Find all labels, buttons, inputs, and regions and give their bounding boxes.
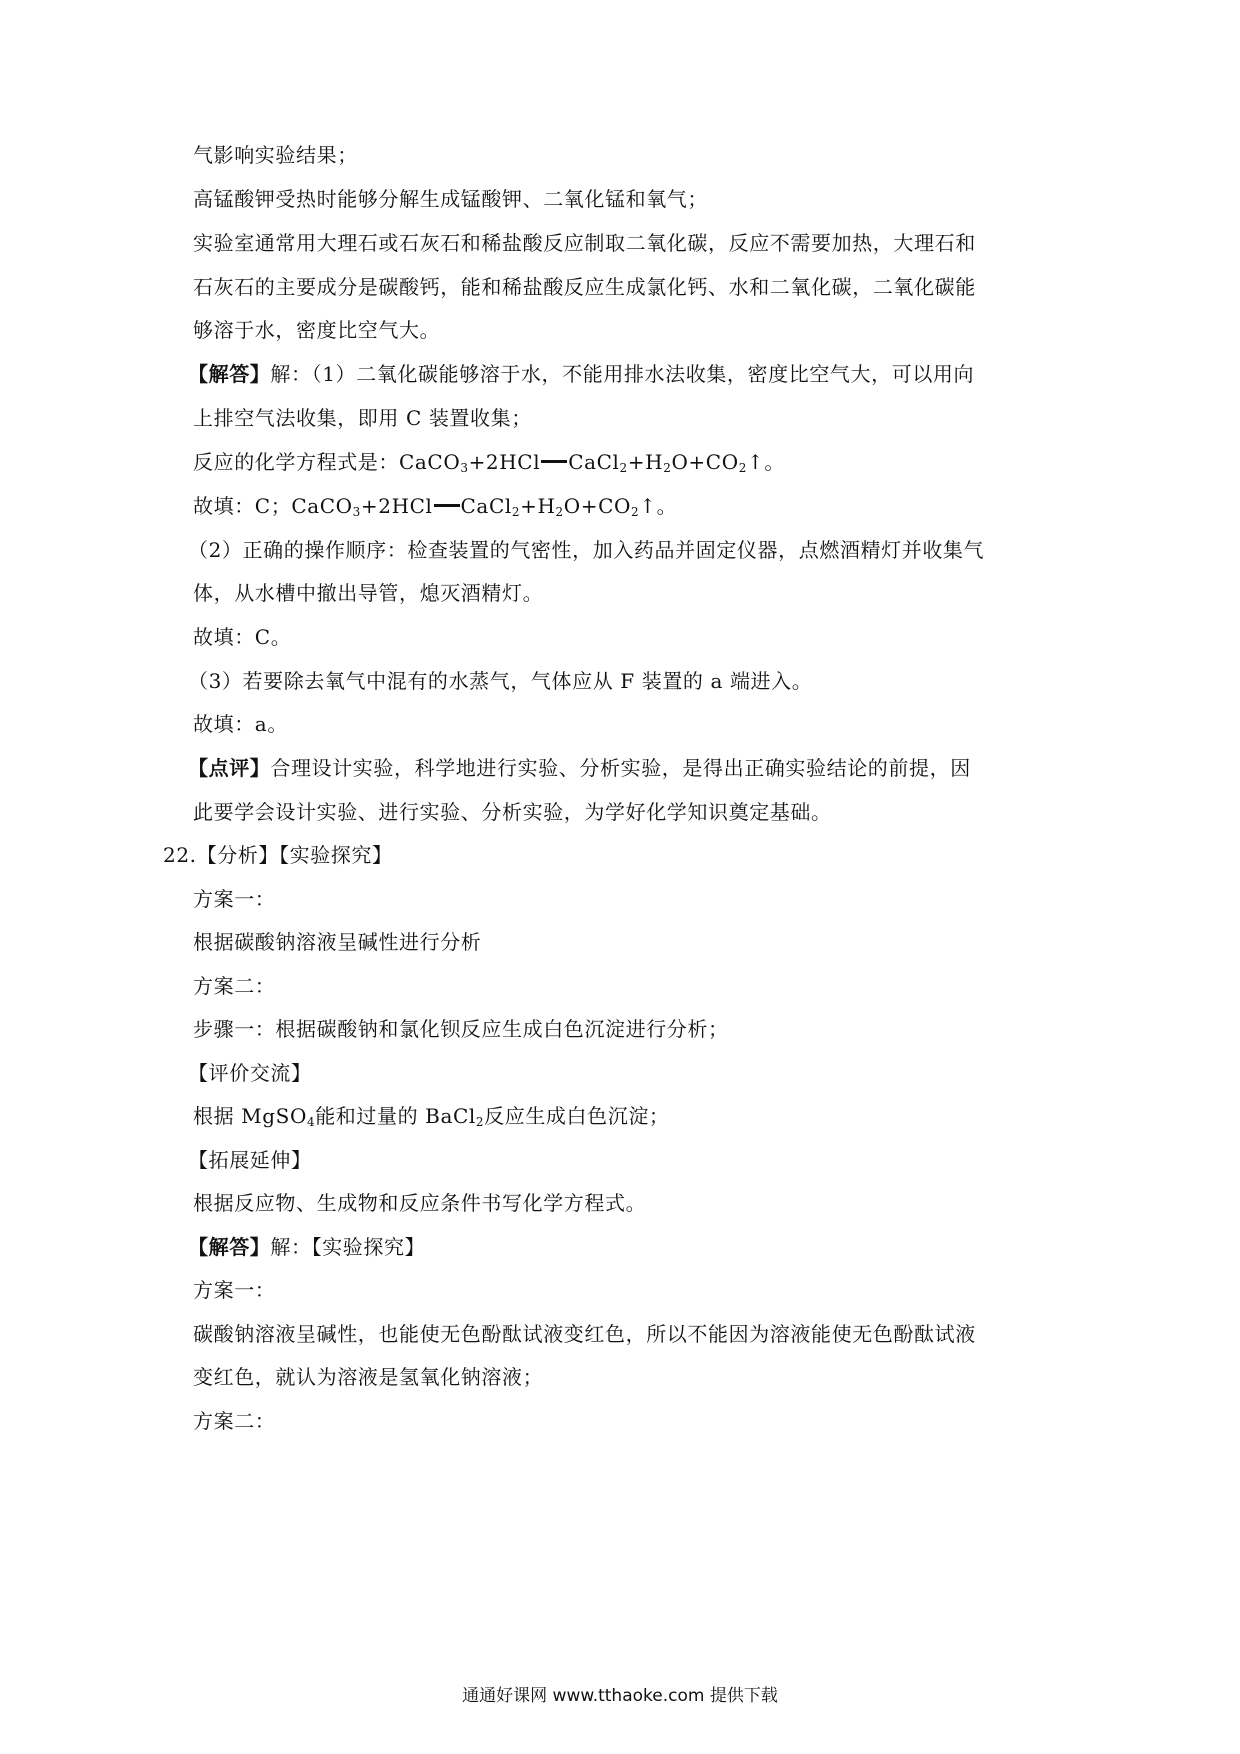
section-label: 【点评】	[188, 756, 270, 780]
text-line: 故填：a。	[193, 712, 288, 736]
line-text: 合理设计实验，科学地进行实验、分析实验，是得出正确实验结论的前提，因	[270, 756, 970, 780]
gas-arrow-icon: ↑	[639, 494, 656, 518]
line-prefix: 反应的化学方程式是：	[193, 450, 399, 474]
answer-line: 【解答】解：【实验探究】	[188, 1235, 425, 1259]
text-line: 高锰酸钾受热时能够分解生成锰酸钾、二氧化锰和氧气；	[193, 187, 708, 211]
text-line: 够溶于水，密度比空气大。	[193, 318, 440, 342]
line-text: 解：（1）二氧化碳能够溶于水，不能用排水法收集，密度比空气大，可以用向	[270, 362, 974, 386]
text-line: 变红色，就认为溶液是氢氧化钠溶液；	[193, 1365, 543, 1389]
text-line: 此要学会设计实验、进行实验、分析实验，为学好化学知识奠定基础。	[193, 800, 832, 824]
text-line: 故填：C。	[193, 625, 291, 649]
text-line: 方案一：	[193, 1278, 275, 1302]
text-line: 方案二：	[193, 974, 275, 998]
section-label: 【解答】	[188, 1235, 270, 1259]
chemical-equation: CaCO3+2HClCaCl2+H2O+CO2↑	[399, 450, 764, 474]
text-line: 气影响实验结果；	[193, 143, 358, 167]
text-line: 实验室通常用大理石或石灰石和稀盐酸反应制取二氧化碳，反应不需要加热，大理石和	[193, 231, 976, 255]
text-line: 根据反应物、生成物和反应条件书写化学方程式。	[193, 1191, 646, 1215]
text-line: 步骤一：根据碳酸钠和氯化钡反应生成白色沉淀进行分析；	[193, 1017, 729, 1041]
text-line: 石灰石的主要成分是碳酸钙，能和稀盐酸反应生成氯化钙、水和二氧化碳，二氧化碳能	[193, 275, 976, 299]
text-line: （2）正确的操作顺序：检查装置的气密性，加入药品并固定仪器，点燃酒精灯并收集气	[188, 538, 984, 562]
answer-line: 【解答】解：（1）二氧化碳能够溶于水，不能用排水法收集，密度比空气大，可以用向	[188, 362, 974, 386]
text-line: 体，从水槽中撤出导管，熄灭酒精灯。	[193, 581, 543, 605]
section-label: 【解答】	[188, 362, 270, 386]
chemical-equation: CaCO3+2HClCaCl2+H2O+CO2↑	[291, 494, 656, 518]
text-line: 方案二：	[193, 1409, 275, 1433]
text-line: 上排空气法收集，即用 C 装置收集；	[193, 406, 532, 430]
page-footer: 通通好课网 www.tthaoke.com 提供下载	[0, 1681, 1240, 1706]
text-line: 方案一：	[193, 887, 275, 911]
section-heading: 【评价交流】	[188, 1061, 312, 1085]
comment-line: 【点评】合理设计实验，科学地进行实验、分析实验，是得出正确实验结论的前提，因	[188, 756, 971, 780]
text-line: 根据碳酸钠溶液呈碱性进行分析	[193, 930, 481, 954]
reaction-equals-bar	[434, 504, 460, 507]
reaction-equals-bar	[541, 460, 567, 463]
equation-line: 故填：C；CaCO3+2HClCaCl2+H2O+CO2↑。	[193, 494, 677, 518]
section-heading: 【拓展延伸】	[188, 1148, 312, 1172]
formula-line: 根据 MgSO4能和过量的 BaCl2反应生成白色沉淀；	[193, 1104, 670, 1128]
line-prefix: 故填：C；	[193, 494, 291, 518]
text-line: （3）若要除去氧气中混有的水蒸气，气体应从 F 装置的 a 端进入。	[188, 669, 812, 693]
text-line: 碳酸钠溶液呈碱性，也能使无色酚酞试液变红色，所以不能因为溶液能使无色酚酞试液	[193, 1322, 976, 1346]
document-page: 气影响实验结果； 高锰酸钾受热时能够分解生成锰酸钾、二氧化锰和氧气； 实验室通常…	[0, 0, 1240, 1754]
question-heading: 22.【分析】【实验探究】	[163, 843, 393, 867]
equation-line: 反应的化学方程式是：CaCO3+2HClCaCl2+H2O+CO2↑。	[193, 450, 785, 474]
gas-arrow-icon: ↑	[747, 450, 764, 474]
line-text: 解：【实验探究】	[270, 1235, 425, 1259]
